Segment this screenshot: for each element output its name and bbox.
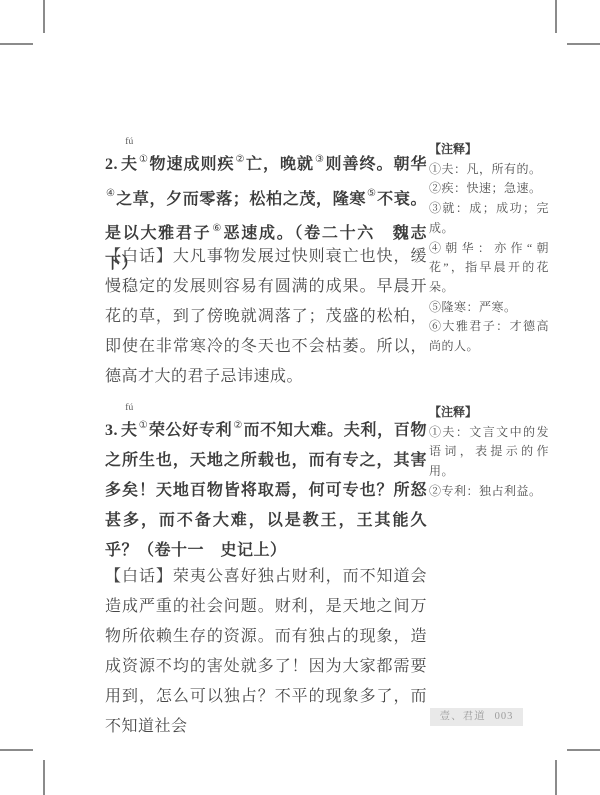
annotation-item: ③就：成；成功；完成。 <box>429 199 549 238</box>
pinyin-annotation: fú <box>125 404 133 414</box>
vernacular-label: 【白话】 <box>105 248 173 265</box>
passage-2-lead-char: fú夫 <box>121 150 138 180</box>
crop-mark-top-left-vertical <box>43 0 45 33</box>
vernacular-text: 荣夷公喜好独占财利，而不知道会造成严重的社会问题。财利，是天地之间万物所依赖生存… <box>105 568 427 735</box>
passage-3-number: 3. <box>105 422 118 439</box>
footer-page-number: 003 <box>495 708 514 726</box>
footer-section-label: 壹、君道 <box>440 708 486 726</box>
footer-page-badge: 壹、君道 003 <box>430 708 523 726</box>
crop-mark-bottom-left-horizontal <box>0 749 33 751</box>
annotation-item: ⑥大雅君子：才德高尚的人。 <box>429 317 549 356</box>
vernacular-text: 大凡事物发展过快则衰亡也快，缓慢稳定的发展则容易有圆满的成果。早晨开花的草，到了… <box>105 248 427 385</box>
crop-mark-top-right-vertical <box>555 0 557 33</box>
annotation-item: ①夫：文言文中的发语词，表提示的作用。 <box>429 423 549 482</box>
passage-3-body: ①荣公好专利②而不知大难。夫利，百物之所生也，天地之所载也，而有专之，其害多矣！… <box>105 422 427 559</box>
crop-mark-bottom-right-horizontal <box>567 749 600 751</box>
annotations-block-passage-2: 【注释】 ①夫：凡，所有的。 ②疾：快速；急速。 ③就：成；成功；完成。 ④朝华… <box>429 140 549 357</box>
annotation-item: ①夫：凡，所有的。 <box>429 160 549 180</box>
passage-2-number: 2. <box>105 156 118 173</box>
vernacular-label: 【白话】 <box>105 568 173 585</box>
annotation-item: ④朝华：亦作“朝花”，指早晨开的花朵。 <box>429 239 549 298</box>
crop-mark-bottom-left-vertical <box>43 760 45 795</box>
crop-mark-top-right-horizontal <box>567 43 600 45</box>
passage-3-lead-char: fú夫 <box>121 416 138 446</box>
annotation-item: ②疾：快速；急速。 <box>429 179 549 199</box>
crop-mark-top-left-horizontal <box>0 43 33 45</box>
annotations-header: 【注释】 <box>429 140 549 160</box>
passage-2-vernacular-paragraph: 【白话】大凡事物发展过快则衰亡也快，缓慢稳定的发展则容易有圆满的成果。早晨开花的… <box>105 242 427 392</box>
passage-3-vernacular-paragraph: 【白话】荣夷公喜好独占财利，而不知道会造成严重的社会问题。财利，是天地之间万物所… <box>105 562 427 742</box>
lead-char: 夫 <box>121 156 138 173</box>
annotations-block-passage-3: 【注释】 ①夫：文言文中的发语词，表提示的作用。 ②专利：独占利益。 <box>429 403 549 502</box>
annotations-header: 【注释】 <box>429 403 549 423</box>
annotation-item: ②专利：独占利益。 <box>429 482 549 502</box>
book-page: 2.fú夫①物速成则疾②亡，晚就③则善终。朝华④之草，夕而零落；松柏之茂，隆寒⑤… <box>0 0 600 795</box>
annotation-item: ⑤隆寒：严寒。 <box>429 298 549 318</box>
lead-char: 夫 <box>121 422 138 439</box>
passage-3-classical-text: 3.fú夫①荣公好专利②而不知大难。夫利，百物之所生也，天地之所载也，而有专之，… <box>105 412 427 566</box>
crop-mark-bottom-right-vertical <box>555 760 557 795</box>
pinyin-annotation: fú <box>125 138 133 148</box>
